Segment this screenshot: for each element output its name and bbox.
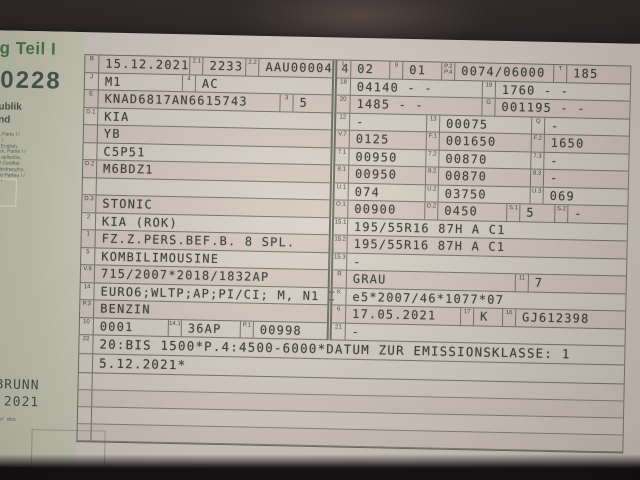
field-code <box>83 143 97 160</box>
field-code: V.9 <box>81 265 95 282</box>
field-code: P.1 <box>240 321 254 338</box>
field-value: 1760 - - <box>496 81 630 100</box>
vehicle-data-table: B15.12.20212.122332.2AAU00004 4JM14ACEKN… <box>76 54 631 453</box>
field-code: 15.2 <box>333 235 347 252</box>
field-value: 2233 <box>203 58 245 75</box>
left-column: B15.12.20212.122332.2AAU00004 4JM14ACEKN… <box>80 55 333 340</box>
field-code: 18 <box>337 78 351 95</box>
field-code: 5 <box>81 248 95 265</box>
field-code: 1 <box>81 230 95 247</box>
field-code <box>83 178 97 195</box>
field-code: F.1 <box>426 132 440 149</box>
field-code: 14 <box>80 283 94 300</box>
field-code: 7.2 <box>425 150 439 167</box>
field-code: F.2 <box>531 135 545 152</box>
field-value: 00950 <box>349 148 425 166</box>
field-value: GRAU <box>347 271 515 291</box>
field-value: 00950 <box>349 166 425 184</box>
field-value: 7 <box>529 275 626 294</box>
field-code: 2.2 <box>245 59 259 76</box>
field-code: 10 <box>80 318 94 335</box>
field-code: P.3 <box>80 300 94 317</box>
field-code: 12 <box>336 113 350 130</box>
field-code: 15.3 <box>333 253 347 270</box>
field-code: 19 <box>482 81 496 98</box>
field-value: 0074/06000 <box>455 63 553 82</box>
field-value: 17.05.2021 <box>346 306 460 325</box>
field-value: 00998 <box>254 321 327 339</box>
field-code: 8.1 <box>335 165 349 182</box>
field-value: 0450 <box>438 203 506 221</box>
field-code <box>79 354 93 372</box>
field-code: 17 <box>460 308 474 325</box>
field-code: J <box>85 73 99 90</box>
field-value: 00075 <box>440 115 531 133</box>
field-value: - <box>568 205 627 223</box>
field-value: 069 <box>543 187 627 205</box>
field-code: R <box>333 270 347 287</box>
field-code: 3 <box>279 94 293 111</box>
field-code: 7.3 <box>530 152 544 169</box>
field-code: O.1 <box>334 200 348 217</box>
field-code: T <box>553 65 567 82</box>
field-value: 03750 <box>439 185 530 203</box>
field-value: 00870 <box>439 168 530 186</box>
field-code: S.2 <box>554 205 568 222</box>
field-code <box>78 390 92 406</box>
field-code: O.2 <box>424 202 438 219</box>
right-column: L02901P.2 P.40074/06000T1851804140 - -19… <box>327 60 631 346</box>
field-value: 1650 <box>545 135 629 153</box>
field-value: - <box>545 117 629 135</box>
field-value: 5 <box>293 95 331 112</box>
field-code <box>84 125 98 142</box>
field-value: GJ612398 <box>516 309 625 328</box>
field-value: 074 <box>349 183 425 201</box>
registration-document-paper: g Teil I 00228 ublik nd ón, Parte I /el … <box>0 30 640 480</box>
field-code: U.2 <box>425 185 439 202</box>
field-code: 20 <box>336 95 350 112</box>
field-code: L <box>337 60 351 77</box>
table-columns: B15.12.20212.122332.2AAU00004 4JM14ACEKN… <box>80 55 631 346</box>
field-code: 4 <box>182 75 196 92</box>
field-code: 14.1 <box>168 319 182 336</box>
country-line-2: nd <box>0 113 22 126</box>
field-code: 8.3 <box>530 170 544 187</box>
green-margin-strip: g Teil I 00228 ublik nd ón, Parte I /el … <box>0 30 85 468</box>
field-code: S.1 <box>506 204 520 221</box>
stamp-small-text: ar des <box>0 416 16 422</box>
field-code: P.2 P.4 <box>441 63 455 80</box>
field-code: D.2 <box>83 160 97 177</box>
field-code: 21 <box>332 323 346 340</box>
vehicle-registration-photo: g Teil I 00228 ublik nd ón, Parte I /el … <box>0 0 640 480</box>
field-value: 36AP <box>182 320 240 338</box>
field-code: V.7 <box>336 130 350 147</box>
field-value: K <box>474 308 502 325</box>
field-code: 15.1 <box>334 218 348 235</box>
field-value: M1 <box>99 73 182 91</box>
field-code <box>79 373 93 389</box>
field-code: D.1 <box>84 108 98 125</box>
country-text-fragment: ublik nd <box>0 100 22 126</box>
field-value: 00900 <box>348 201 424 219</box>
field-value: 0125 <box>350 131 426 149</box>
field-code: K <box>332 288 346 305</box>
remarks-line-2: 5.12.2021* <box>93 354 187 374</box>
field-value: - <box>350 113 426 131</box>
field-code: G <box>481 98 495 115</box>
field-code: 8.2 <box>425 167 439 184</box>
field-value: 04140 - - <box>351 78 482 97</box>
margin-window-box <box>0 178 17 207</box>
field-code: 22 <box>79 335 93 353</box>
stamp-date-fragment: 2.2021 <box>0 393 39 411</box>
field-code: 2.1 <box>189 57 203 74</box>
field-value: 001195 - - <box>495 99 629 118</box>
field-code: B <box>85 55 99 72</box>
field-code: U.3 <box>529 187 543 204</box>
field-code: 7.1 <box>335 148 349 165</box>
field-code: 9 <box>389 62 403 79</box>
field-value: 02 <box>351 61 389 78</box>
field-code: 13 <box>426 115 440 132</box>
stamp-place-fragment: SBRUNN <box>0 376 40 394</box>
document-title-fragment: g Teil I <box>0 38 56 59</box>
field-code <box>77 424 91 440</box>
field-value: 15.12.2021 <box>99 55 190 73</box>
field-value: 00870 <box>439 150 530 168</box>
issuing-office-stamp: SBRUNN 2.2021 <box>0 376 40 411</box>
field-code: 16 <box>502 309 516 326</box>
field-code: D.3 <box>82 195 96 212</box>
field-code: U.1 <box>335 183 349 200</box>
field-value: 1485 - - <box>350 96 481 115</box>
background-bottom-shadow <box>0 454 640 480</box>
document-number-fragment: 00228 <box>0 66 62 96</box>
field-value: 001650 <box>440 133 531 151</box>
field-value: - <box>544 152 628 170</box>
field-value: - <box>544 170 628 188</box>
field-value: 5 <box>520 204 554 221</box>
country-line-1: ublik <box>0 100 22 113</box>
field-value: 185 <box>567 65 630 83</box>
field-code: 6 <box>332 305 346 322</box>
field-value: AC <box>196 75 332 94</box>
field-value: 0001 <box>94 318 168 336</box>
field-code: 11 <box>515 274 529 291</box>
field-code: Q <box>531 117 545 134</box>
field-value: 01 <box>403 62 441 79</box>
field-code: E <box>84 90 98 107</box>
field-code <box>78 407 92 423</box>
field-code: 2 <box>82 213 96 230</box>
